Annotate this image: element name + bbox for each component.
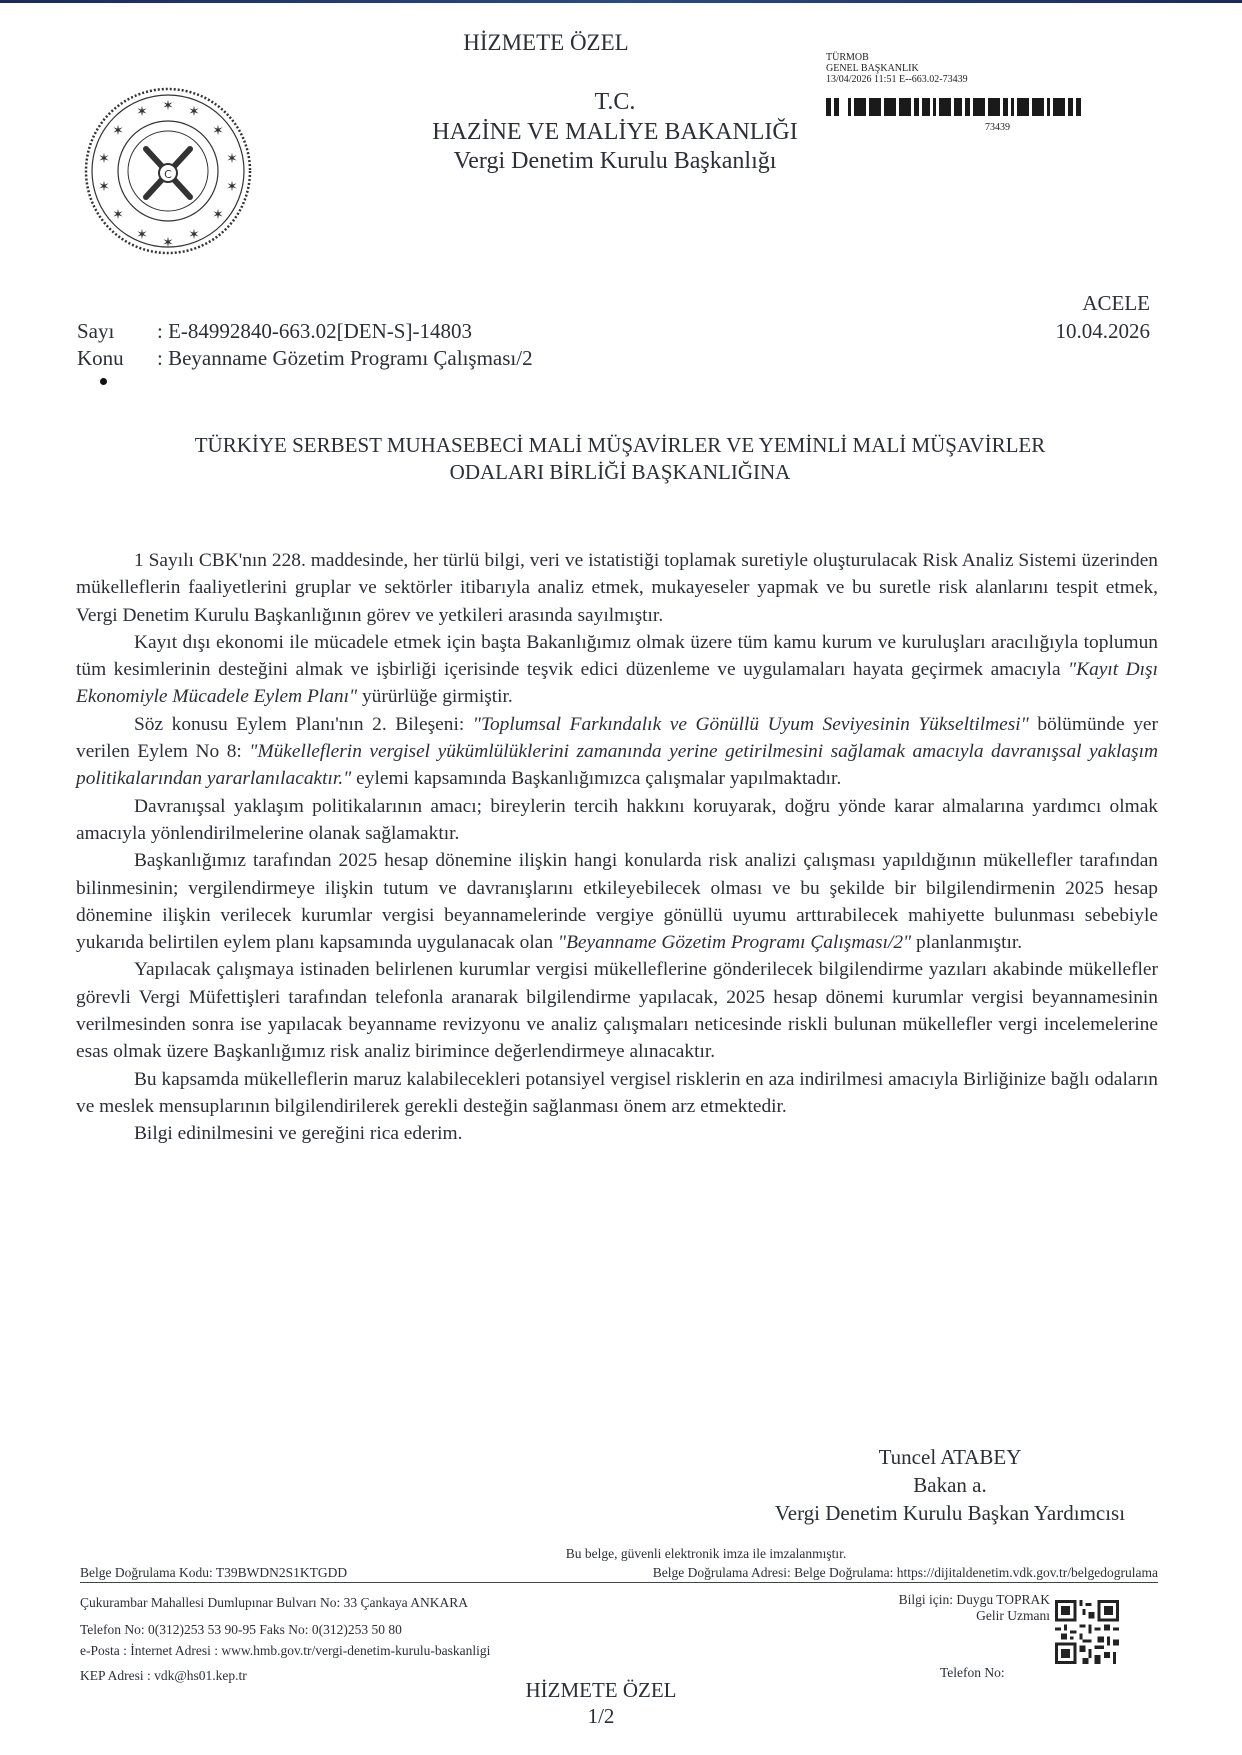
classification-bottom-label: HİZMETE ÖZEL	[0, 1677, 1202, 1703]
scan-top-edge	[0, 0, 1242, 3]
svg-text:✶: ✶	[98, 179, 110, 195]
footer-phone-fax: Telefon No: 0(312)253 53 90-95 Faks No: …	[80, 1619, 402, 1640]
svg-text:✶: ✶	[212, 207, 224, 223]
svg-text:✶: ✶	[212, 123, 224, 139]
barcode	[826, 98, 1081, 116]
barcode-number: 73439	[985, 122, 1010, 133]
paragraph-5: Başkanlığımız tarafından 2025 hesap döne…	[76, 847, 1158, 956]
svg-text:✶: ✶	[162, 235, 174, 251]
letter-body: 1 Sayılı CBK'nın 228. maddesinde, her tü…	[76, 547, 1158, 1148]
paragraph-8: Bilgi edinilmesini ve gereğini rica eder…	[76, 1120, 1158, 1147]
signatory-on-behalf: Bakan a.	[720, 1471, 1180, 1499]
paragraph-1: 1 Sayılı CBK'nın 228. maddesinde, her tü…	[76, 547, 1158, 629]
svg-text:✶: ✶	[226, 179, 238, 195]
header-tc: T.C.	[380, 88, 850, 116]
signature-block: Tuncel ATABEY Bakan a. Vergi Denetim Kur…	[720, 1443, 1180, 1527]
footer-address: Çukurambar Mahallesi Dumlupınar Bulvarı …	[80, 1592, 468, 1613]
contact-title: Gelir Uzmanı	[830, 1608, 1050, 1624]
svg-text:✶: ✶	[162, 98, 174, 114]
verification-code: Belge Doğrulama Kodu: T39BWDN2S1KTGDD	[80, 1565, 347, 1581]
addressee-line-2: ODALARI BİRLİĞİ BAŞKANLIĞINA	[80, 459, 1160, 486]
svg-text:✶: ✶	[112, 207, 124, 223]
svg-text:✶: ✶	[188, 227, 200, 243]
urgency-label: ACELE	[1082, 290, 1150, 317]
ink-dot	[100, 378, 107, 385]
footer-email-web[interactable]: e-Posta : İnternet Adresi : www.hmb.gov.…	[80, 1640, 490, 1661]
sayi-label: Sayı	[77, 318, 157, 345]
svg-text:✶: ✶	[226, 151, 238, 167]
contact-name: Bilgi için: Duygu TOPRAK	[830, 1592, 1050, 1608]
classification-top: HİZMETE ÖZEL	[0, 30, 1242, 56]
svg-text:✶: ✶	[188, 104, 200, 120]
paragraph-2: Kayıt dışı ekonomi ile mücadele etmek iç…	[76, 629, 1158, 711]
stamp-datetime: 13/04/2026 11:51 E--663.02-73439	[826, 74, 968, 85]
paragraph-4: Davranışsal yaklaşım politikalarının ama…	[76, 793, 1158, 848]
esignature-note: Bu belge, güvenli elektronik imza ile im…	[0, 1546, 1242, 1562]
stamp-org: TÜRMOB	[826, 52, 968, 63]
svg-text:✶: ✶	[136, 104, 148, 120]
classification-bottom: HİZMETE ÖZEL 1/2	[0, 1677, 1242, 1729]
document-date: 10.04.2026	[1056, 318, 1151, 345]
konu-row: Konu: Beyanname Gözetim Programı Çalışma…	[77, 345, 533, 372]
svg-text:✶: ✶	[112, 123, 124, 139]
signatory-name: Tuncel ATABEY	[720, 1443, 1180, 1471]
verification-row: Belge Doğrulama Kodu: T39BWDN2S1KTGDD Be…	[80, 1565, 1158, 1583]
paragraph-6: Yapılacak çalışmaya istinaden belirlenen…	[76, 956, 1158, 1065]
konu-label: Konu	[77, 345, 157, 372]
svg-text:C: C	[164, 168, 172, 181]
header-department: Vergi Denetim Kurulu Başkanlığı	[380, 147, 850, 175]
svg-text:✶: ✶	[98, 151, 110, 167]
qr-code-icon	[1055, 1600, 1119, 1664]
sayi-value: : E-84992840-663.02[DEN-S]-14803	[157, 319, 472, 343]
svg-text:✶: ✶	[136, 227, 148, 243]
stamp-unit: GENEL BAŞKANLIK	[826, 63, 968, 74]
signatory-title: Vergi Denetim Kurulu Başkan Yardımcısı	[720, 1499, 1180, 1527]
receipt-stamp: TÜRMOB GENEL BAŞKANLIK 13/04/2026 11:51 …	[826, 52, 968, 85]
addressee: TÜRKİYE SERBEST MUHASEBECİ MALİ MÜŞAVİRL…	[80, 432, 1160, 486]
paragraph-3: Söz konusu Eylem Planı'nın 2. Bileşeni: …	[76, 711, 1158, 793]
header-ministry: HAZİNE VE MALİYE BAKANLIĞI	[380, 118, 850, 146]
addressee-line-1: TÜRKİYE SERBEST MUHASEBECİ MALİ MÜŞAVİRL…	[80, 432, 1160, 459]
contact-info: Bilgi için: Duygu TOPRAK Gelir Uzmanı	[830, 1592, 1050, 1624]
page-number: 1/2	[0, 1703, 1202, 1729]
verification-address[interactable]: Belge Doğrulama Adresi: Belge Doğrulama:…	[653, 1565, 1158, 1581]
konu-value: : Beyanname Gözetim Programı Çalışması/2	[157, 346, 533, 370]
paragraph-7: Bu kapsamda mükelleflerin maruz kalabile…	[76, 1066, 1158, 1121]
sayi-row: Sayı: E-84992840-663.02[DEN-S]-14803	[77, 318, 472, 345]
ministry-seal-icon: ✶✶✶ ✶✶ ✶✶ ✶✶ ✶✶ ✶✶✶ C	[82, 85, 254, 257]
